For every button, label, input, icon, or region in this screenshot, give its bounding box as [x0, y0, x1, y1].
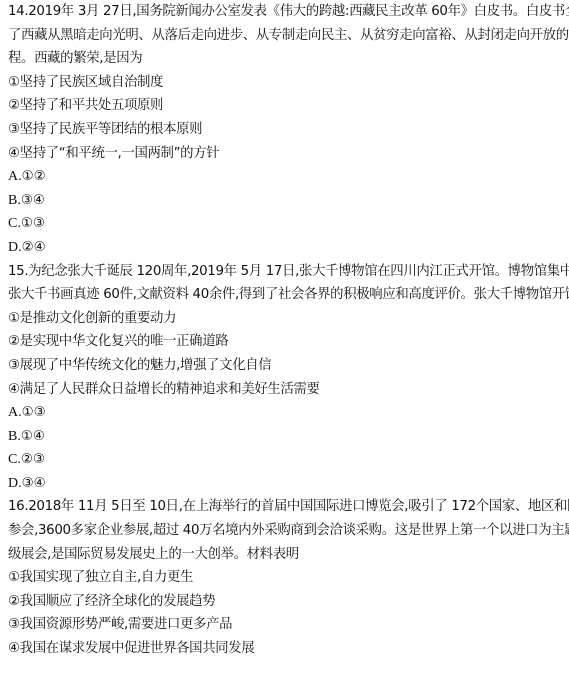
- option-value: ③④: [22, 476, 46, 491]
- statement-2: ②我国顺应了经济全球化的发展趋势: [8, 590, 569, 614]
- question-stem-line: 张大千书画真迹 60件,文献资料 40余件,得到了社会各界的积极响应和高度评价。…: [8, 283, 569, 307]
- statement-4: ④我国在谋求发展中促进世界各国共同发展: [8, 637, 569, 661]
- option-d[interactable]: D.③④: [8, 472, 569, 496]
- question-stem-line: 16.2018年 11月 5日至 10日,在上海举行的首届中国国际进口博览会,吸…: [8, 495, 569, 519]
- question-stem-line: 程。西藏的繁荣,是因为: [8, 47, 569, 71]
- option-letter: D.: [8, 240, 22, 255]
- option-value: ②④: [22, 240, 46, 255]
- option-value: ①③: [22, 405, 46, 420]
- question-stem-line: 参会,3600多家企业参展,超过 40万名境内外采购商到会洽谈采购。这是世界上第…: [8, 519, 569, 543]
- option-c[interactable]: C.②③: [8, 448, 569, 472]
- statement-1: ①是推动文化创新的重要动力: [8, 307, 569, 331]
- option-letter: A.: [8, 169, 22, 184]
- option-c[interactable]: C.①③: [8, 212, 569, 236]
- statement-4: ④满足了人民群众日益增长的精神追求和美好生活需要: [8, 378, 569, 402]
- question-14: 14.2019年 3月 27日,国务院新闻办公室发表《伟大的跨越:西藏民主改革 …: [8, 0, 569, 260]
- option-a[interactable]: A.①③: [8, 401, 569, 425]
- statement-3: ③展现了中华传统文化的魅力,增强了文化自信: [8, 354, 569, 378]
- option-letter: C.: [8, 216, 21, 231]
- question-stem-line: 14.2019年 3月 27日,国务院新闻办公室发表《伟大的跨越:西藏民主改革 …: [8, 0, 569, 24]
- option-value: ①②: [22, 169, 46, 184]
- statement-3: ③坚持了民族平等团结的根本原则: [8, 118, 569, 142]
- question-15: 15.为纪念张大千诞辰 120周年,2019年 5月 17日,张大千博物馆在四川…: [8, 260, 569, 496]
- question-stem-line: 了西藏从黑暗走向光明、从落后走向进步、从专制走向民主、从贫穷走向富裕、从封闭走向…: [8, 24, 569, 48]
- option-d[interactable]: D.②④: [8, 236, 569, 260]
- option-letter: A.: [8, 405, 22, 420]
- option-letter: D.: [8, 476, 22, 491]
- option-letter: C.: [8, 452, 21, 467]
- option-value: ①④: [21, 429, 45, 444]
- question-stem-line: 级展会,是国际贸易发展史上的一大创举。材料表明: [8, 543, 569, 567]
- question-16: 16.2018年 11月 5日至 10日,在上海举行的首届中国国际进口博览会,吸…: [8, 495, 569, 660]
- option-letter: B.: [8, 429, 21, 444]
- question-stem-line: 15.为纪念张大千诞辰 120周年,2019年 5月 17日,张大千博物馆在四川…: [8, 260, 569, 284]
- option-value: ②③: [21, 452, 45, 467]
- option-letter: B.: [8, 193, 21, 208]
- statement-2: ②是实现中华文化复兴的唯一正确道路: [8, 330, 569, 354]
- option-b[interactable]: B.③④: [8, 189, 569, 213]
- option-value: ③④: [21, 193, 45, 208]
- statement-2: ②坚持了和平共处五项原则: [8, 94, 569, 118]
- exam-document: 14.2019年 3月 27日,国务院新闻办公室发表《伟大的跨越:西藏民主改革 …: [0, 0, 569, 661]
- statement-3: ③我国资源形势严峻,需要进口更多产品: [8, 613, 569, 637]
- option-value: ①③: [21, 216, 45, 231]
- option-a[interactable]: A.①②: [8, 165, 569, 189]
- statement-4: ④坚持了“和平统一,一国两制”的方针: [8, 142, 569, 166]
- statement-1: ①我国实现了独立自主,自力更生: [8, 566, 569, 590]
- option-b[interactable]: B.①④: [8, 425, 569, 449]
- statement-1: ①坚持了民族区域自治制度: [8, 71, 569, 95]
